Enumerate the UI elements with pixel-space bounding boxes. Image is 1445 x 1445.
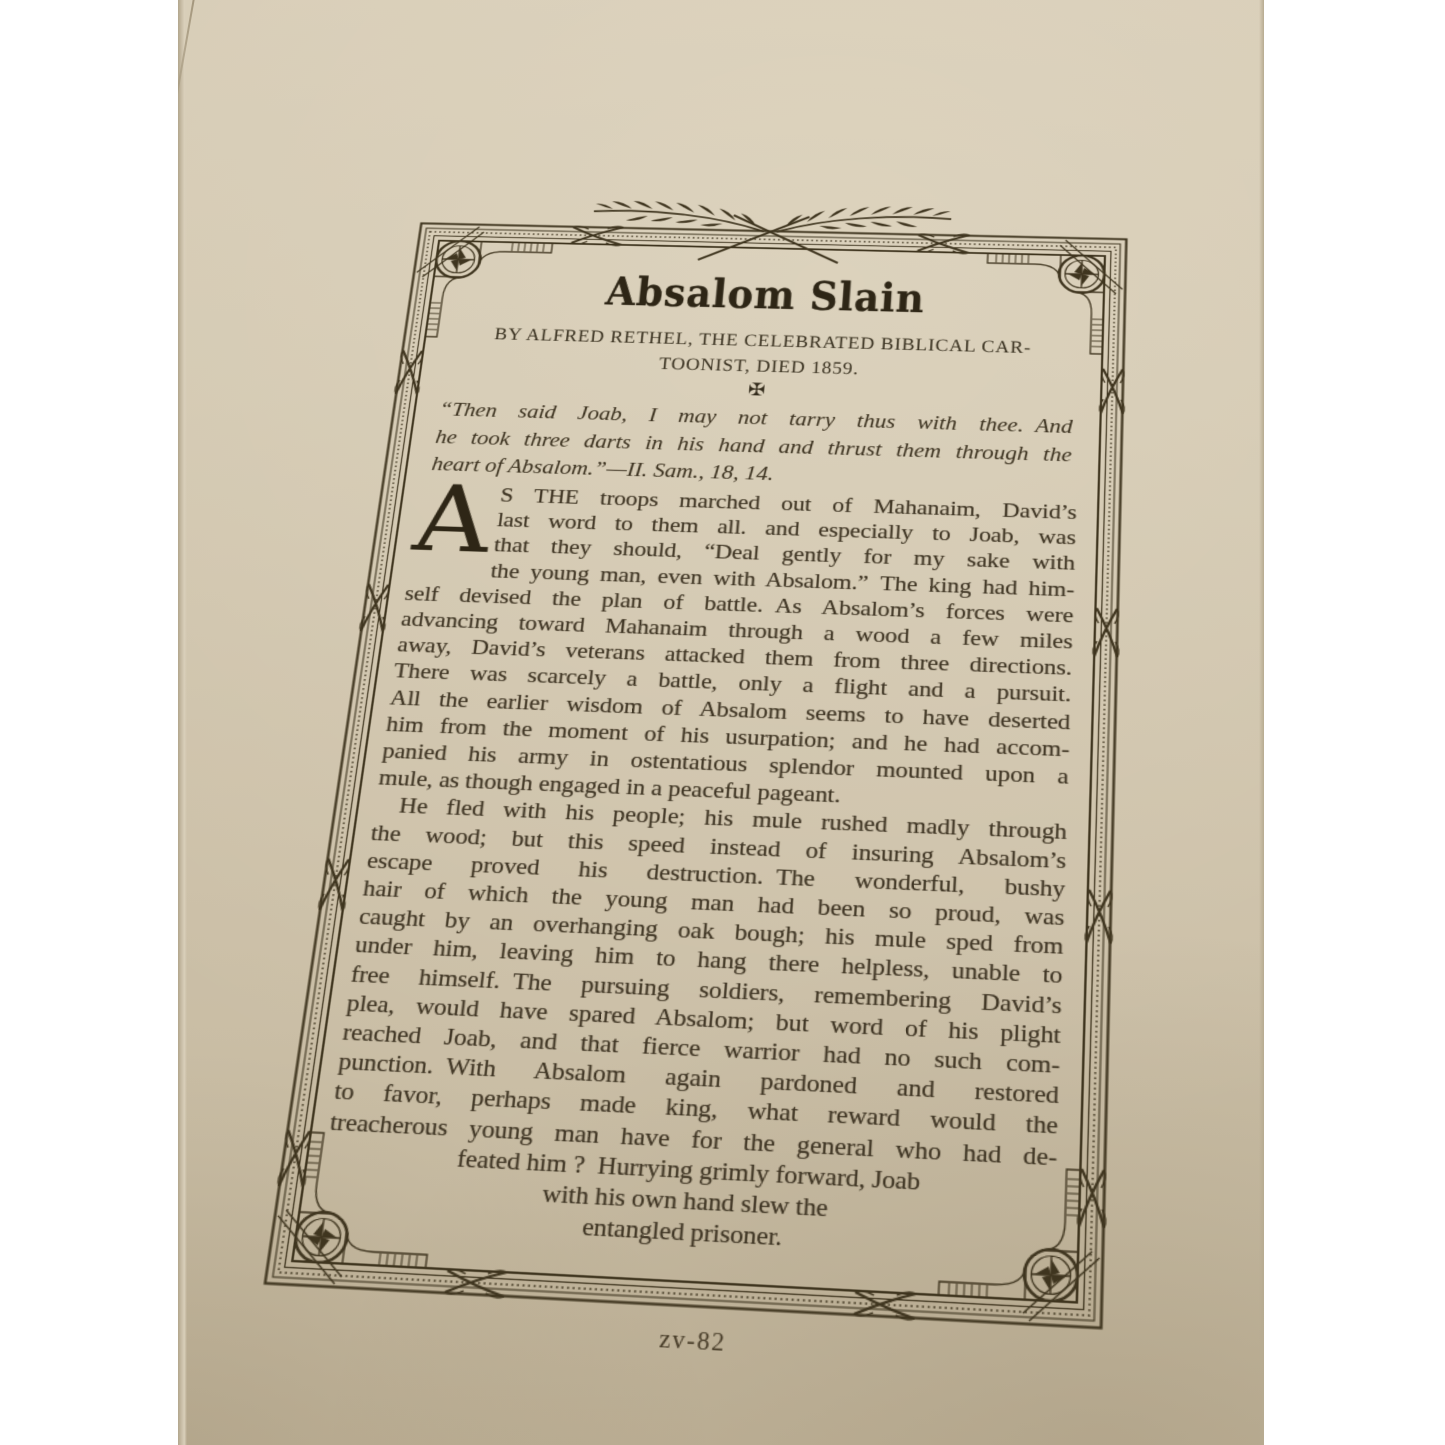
border-knot-icon (571, 225, 623, 245)
page-number: zv-82 (541, 1320, 845, 1365)
page-content: Absalom Slain BY ALFRED RETHEL, THE CELE… (263, 222, 1128, 1330)
article-body: A S THE troops marched out of Mahanaim, … (315, 480, 1077, 1267)
paragraph-2-lines: He fled with his people; his mule rushed… (328, 791, 1067, 1172)
border-knot-icon (917, 233, 969, 254)
book-page-photo: Absalom Slain BY ALFRED RETHEL, THE CELE… (178, 0, 1264, 1445)
paragraph-2: He fled with his people; his mule rushed… (315, 791, 1067, 1267)
drop-cap: A (410, 483, 490, 560)
paragraph-1: A S THE troops marched out of Mahanaim, … (377, 480, 1077, 818)
border-knot-icon (1078, 1169, 1107, 1228)
white-margin-right (1264, 0, 1445, 1445)
white-margin-left (0, 0, 178, 1445)
page-edge-left (178, 0, 187, 1445)
